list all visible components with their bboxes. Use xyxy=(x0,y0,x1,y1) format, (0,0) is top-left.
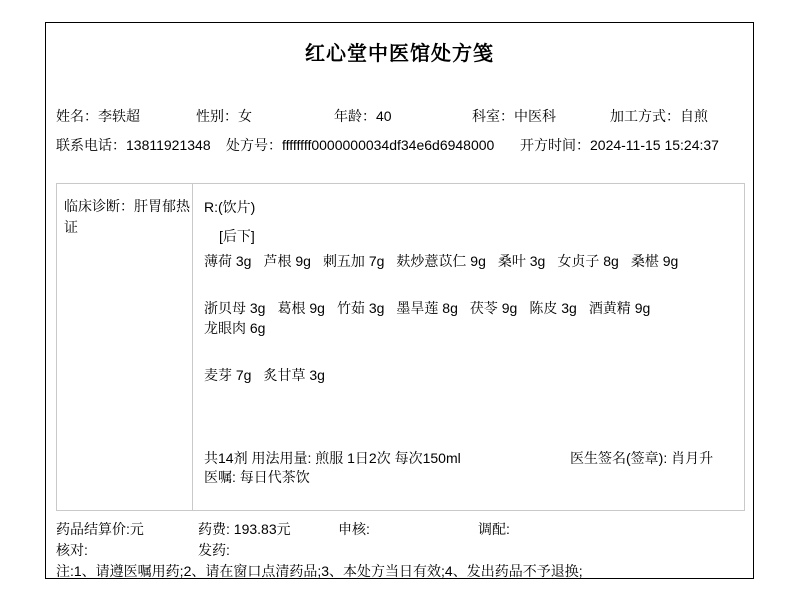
medicine-item: 桑椹 9g xyxy=(631,253,678,269)
patient-info-row-1: 姓名：李轶超 性别：女 年龄：40 科室：中医科 加工方式：自煎 xyxy=(46,106,753,126)
prescription-box: 临床诊断：肝胃郁热证 R:(饮片) [后下] 薄荷 3g芦根 9g刺五加 7g麸… xyxy=(56,183,745,511)
age-field: 年龄：40 xyxy=(334,106,392,126)
prescription-time-field: 开方时间：2024-11-15 15:24:37 xyxy=(520,135,719,155)
prescription-sheet: 红心堂中医馆处方笺 姓名：李轶超 性别：女 年龄：40 科室：中医科 加工方式：… xyxy=(45,22,754,579)
medicine-line: 浙贝母 3g葛根 9g竹茹 3g墨旱莲 8g茯苓 9g陈皮 3g酒黄精 9g龙眼… xyxy=(204,298,733,338)
medicine-line: 麦芽 7g炙甘草 3g xyxy=(204,365,733,385)
age-value: 40 xyxy=(376,108,392,124)
clinical-diagnosis-cell: 临床诊断：肝胃郁热证 xyxy=(57,184,193,510)
medicine-fee-field: 药费: 193.83元 xyxy=(198,519,291,539)
settlement-price-field: 药品结算价:元 xyxy=(56,519,144,539)
prescription-time-value: 2024-11-15 15:24:37 xyxy=(590,137,719,153)
medicine-line: 薄荷 3g芦根 9g刺五加 7g麸炒薏苡仁 9g桑叶 3g女贞子 8g桑椹 9g xyxy=(204,251,733,271)
gender-value: 女 xyxy=(238,108,252,124)
medicine-item: 酒黄精 9g xyxy=(589,300,650,316)
doctor-signature-name: 肖月升 xyxy=(671,450,713,466)
medicine-item: 龙眼肉 6g xyxy=(204,320,265,336)
doctor-signature-label: 医生签名(签章): xyxy=(570,450,671,466)
patient-info-row-2: 联系电话：13811921348 处方号：ffffffff0000000034d… xyxy=(46,135,753,155)
medicine-item: 刺五加 7g xyxy=(323,253,384,269)
footer-row-1: 药品结算价:元 药费: 193.83元 申核: 调配: xyxy=(46,519,753,539)
prescription-time-label: 开方时间： xyxy=(520,137,590,153)
review-field: 申核: xyxy=(338,519,370,539)
prescription-number-value: ffffffff0000000034df34e6d6948000 xyxy=(282,137,494,153)
patient-name-field: 姓名：李轶超 xyxy=(56,106,140,126)
medicine-item: 陈皮 3g xyxy=(529,300,576,316)
department-label: 科室： xyxy=(472,108,514,124)
doctor-advice: 医嘱: 每日代茶饮 xyxy=(204,468,461,487)
footer-row-2: 核对: 发药: xyxy=(46,540,753,560)
department-value: 中医科 xyxy=(514,108,556,124)
page-title: 红心堂中医馆处方笺 xyxy=(46,37,753,66)
patient-name-value: 李轶超 xyxy=(98,108,140,124)
clinical-diagnosis-label: 临床诊断： xyxy=(64,198,134,214)
decoction-note: [后下] xyxy=(219,226,733,246)
phone-value: 13811921348 xyxy=(126,137,211,153)
dispensing-prep-field: 调配: xyxy=(478,519,510,539)
notes-line: 注:1、请遵医嘱用药;2、请在窗口点清药品;3、本处方当日有效;4、发出药品不予… xyxy=(56,561,583,581)
footer-note-row: 注:1、请遵医嘱用药;2、请在窗口点清药品;3、本处方当日有效;4、发出药品不予… xyxy=(46,561,753,581)
medicine-item: 竹茹 3g xyxy=(337,300,384,316)
usage-block: 共14剂 用法用量: 煎服 1日2次 每次150ml 医嘱: 每日代茶饮 xyxy=(204,449,461,487)
medicine-item: 墨旱莲 8g xyxy=(396,300,457,316)
medicine-item: 葛根 9g xyxy=(277,300,324,316)
medicine-item: 浙贝母 3g xyxy=(204,300,265,316)
doctor-signature: 医生签名(签章): 肖月升 xyxy=(570,449,730,468)
department-field: 科室：中医科 xyxy=(472,106,556,126)
check-field: 核对: xyxy=(56,540,88,560)
medicine-item: 麸炒薏苡仁 9g xyxy=(396,253,485,269)
medicine-list: 薄荷 3g芦根 9g刺五加 7g麸炒薏苡仁 9g桑叶 3g女贞子 8g桑椹 9g… xyxy=(204,251,733,385)
prescription-number-label: 处方号： xyxy=(226,137,282,153)
processing-method-label: 加工方式： xyxy=(610,108,680,124)
patient-name-label: 姓名： xyxy=(56,108,98,124)
prescription-number-field: 处方号：ffffffff0000000034df34e6d6948000 xyxy=(226,135,494,155)
processing-method-value: 自煎 xyxy=(680,108,708,124)
medicine-item: 薄荷 3g xyxy=(204,253,251,269)
medicine-item: 麦芽 7g xyxy=(204,367,251,383)
medicine-item: 女贞子 8g xyxy=(557,253,618,269)
medicine-item: 桑叶 3g xyxy=(498,253,545,269)
processing-method-field: 加工方式：自煎 xyxy=(610,106,708,126)
rx-header: R:(饮片) xyxy=(204,197,733,217)
medicine-item: 炙甘草 3g xyxy=(263,367,324,383)
gender-field: 性别：女 xyxy=(196,106,252,126)
phone-field: 联系电话：13811921348 xyxy=(56,135,211,155)
dispense-field: 发药: xyxy=(198,540,230,560)
rx-content-cell: R:(饮片) [后下] 薄荷 3g芦根 9g刺五加 7g麸炒薏苡仁 9g桑叶 3… xyxy=(193,184,744,510)
medicine-item: 茯苓 9g xyxy=(470,300,517,316)
medicine-item: 芦根 9g xyxy=(263,253,310,269)
phone-label: 联系电话： xyxy=(56,137,126,153)
age-label: 年龄： xyxy=(334,108,376,124)
dose-count-and-usage: 共14剂 用法用量: 煎服 1日2次 每次150ml xyxy=(204,449,461,468)
gender-label: 性别： xyxy=(196,108,238,124)
